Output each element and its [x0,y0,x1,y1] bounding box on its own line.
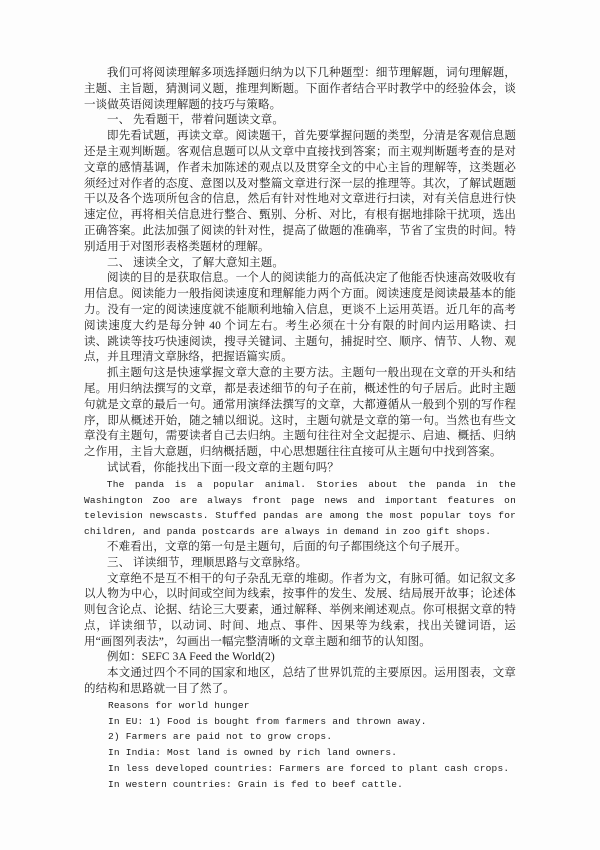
english-list-line: In western countries: Grain is fed to be… [84,777,516,793]
english-list-line: In less developed countries: Farmers are… [84,761,516,777]
chinese-paragraph: 抓主题句这是快速掌握文章大意的主要方法。主题句一般出现在文章的开头和结尾。用归纳… [84,366,516,461]
chinese-paragraph: 阅读的目的是获取信息。一个人的阅读能力的高低决定了他能否快速高效吸收有用信息。阅… [84,271,516,366]
english-list-line: In EU: 1) Food is bought from farmers an… [84,714,516,730]
english-list-line: Reasons for world hunger [84,698,516,714]
chinese-paragraph: 试试看，你能找出下面一段文章的主题句吗？ [84,461,516,477]
english-paragraph: The panda is a popular animal. Stories a… [84,477,516,540]
chinese-paragraph: 例如：SEFC 3A Feed the World(2) [84,650,516,666]
english-list-line: In India: Most land is owned by rich lan… [84,745,516,761]
section-heading: 一、 先看题干，带着问题读文章。 [84,113,516,129]
section-heading: 二、 速读全文，了解大意知主题。 [84,256,516,272]
chinese-paragraph: 文章绝不是互不相干的句子杂乱无章的堆砌。作者为文，有脉可循。如记叙文多以人物为中… [84,572,516,651]
chinese-paragraph: 不难看出，文章的第一句是主题句，后面的句子都围绕这个句子展开。 [84,540,516,556]
document-page: 我们可将阅读理解多项选择题归纳为以下几种题型：细节理解题，词句理解题，主题、主旨… [0,0,600,850]
chinese-paragraph: 即先看试题，再读文章。阅读题干，首先要掌握问题的类型，分清是客观信息题还是主观判… [84,129,516,255]
english-list-line: 2) Farmers are paid not to grow crops. [84,729,516,745]
document-body: 我们可将阅读理解多项选择题归纳为以下几种题型：细节理解题，词句理解题，主题、主旨… [84,66,516,793]
chinese-paragraph: 我们可将阅读理解多项选择题归纳为以下几种题型：细节理解题，词句理解题，主题、主旨… [84,66,516,113]
section-heading: 三、 详读细节，理顺思路与文章脉络。 [84,556,516,572]
chinese-paragraph: 本文通过四个不同的国家和地区，总结了世界饥荒的主要原因。运用图表，文章的结构和思… [84,666,516,698]
